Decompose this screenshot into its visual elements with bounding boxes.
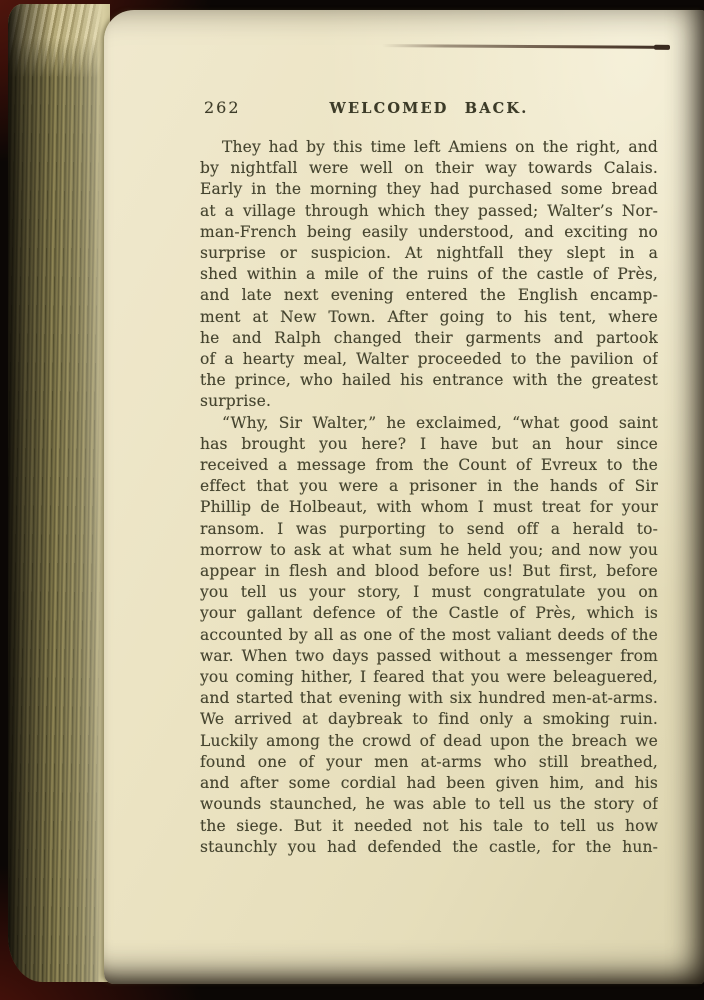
text-line: Early in the morning they had purchased … [200,179,658,200]
text-line: at a village through which they passed; … [200,201,658,222]
text-line: man-French being easily understood, and … [200,222,658,243]
text-line: effect that you were a prisoner in the h… [200,476,658,497]
text-line: of a hearty meal, Walter proceeded to th… [200,349,658,370]
text-line: morrow to ask at what sum he held you; a… [200,540,658,561]
paragraph: “Why, Sir Walter,” he exclaimed, “what g… [200,413,658,858]
text-line: wounds staunched, he was able to tell us… [200,794,658,815]
text-line: “Why, Sir Walter,” he exclaimed, “what g… [200,413,658,434]
text-line: you tell us your story, I must congratul… [200,582,658,603]
text-line: has brought you here? I have but an hour… [200,434,658,455]
text-line: the prince, who hailed his entrance with… [200,370,658,391]
text-line: appear in flesh and blood before us! But… [200,561,658,582]
text-line: and after some cordial had been given hi… [200,773,658,794]
text-line: you coming hither, I feared that you wer… [200,667,658,688]
text-line: shed within a mile of the ruins of the c… [200,264,658,285]
running-title: WELCOMED BACK. [200,100,658,117]
page-body: They had by this time left Amiens on the… [200,137,658,858]
text-line: and late next evening entered the Englis… [200,285,658,306]
text-line: accounted by all as one of the most vali… [200,625,658,646]
text-line: surprise or suspicion. At nightfall they… [200,243,658,264]
text-line: We arrived at daybreak to find only a sm… [200,709,658,730]
page-header: 262 WELCOMED BACK. [200,98,658,120]
text-line: ransom. I was purporting to send off a h… [200,519,658,540]
text-line: Luckily among the crowd of dead upon the… [200,731,658,752]
text-line: war. When two days passed without a mess… [200,646,658,667]
page-content: 262 WELCOMED BACK. They had by this time… [200,98,658,858]
text-line: and started that evening with six hundre… [200,688,658,709]
text-line: he and Ralph changed their garments and … [200,328,658,349]
text-line: received a message from the Count of Evr… [200,455,658,476]
page-edge-stack [8,4,110,982]
text-line: your gallant defence of the Castle of Pr… [200,603,658,624]
text-line: Phillip de Holbeaut, with whom I must tr… [200,497,658,518]
text-line: by nightfall were well on their way towa… [200,158,658,179]
text-line: surprise. [200,391,658,412]
paragraph: They had by this time left Amiens on the… [200,137,658,413]
text-line: found one of your men at-arms who still … [200,752,658,773]
text-line: They had by this time left Amiens on the… [200,137,658,158]
text-line: staunchly you had defended the castle, f… [200,837,658,858]
text-line: ment at New Town. After going to his ten… [200,307,658,328]
text-line: the siege. But it needed not his tale to… [200,816,658,837]
